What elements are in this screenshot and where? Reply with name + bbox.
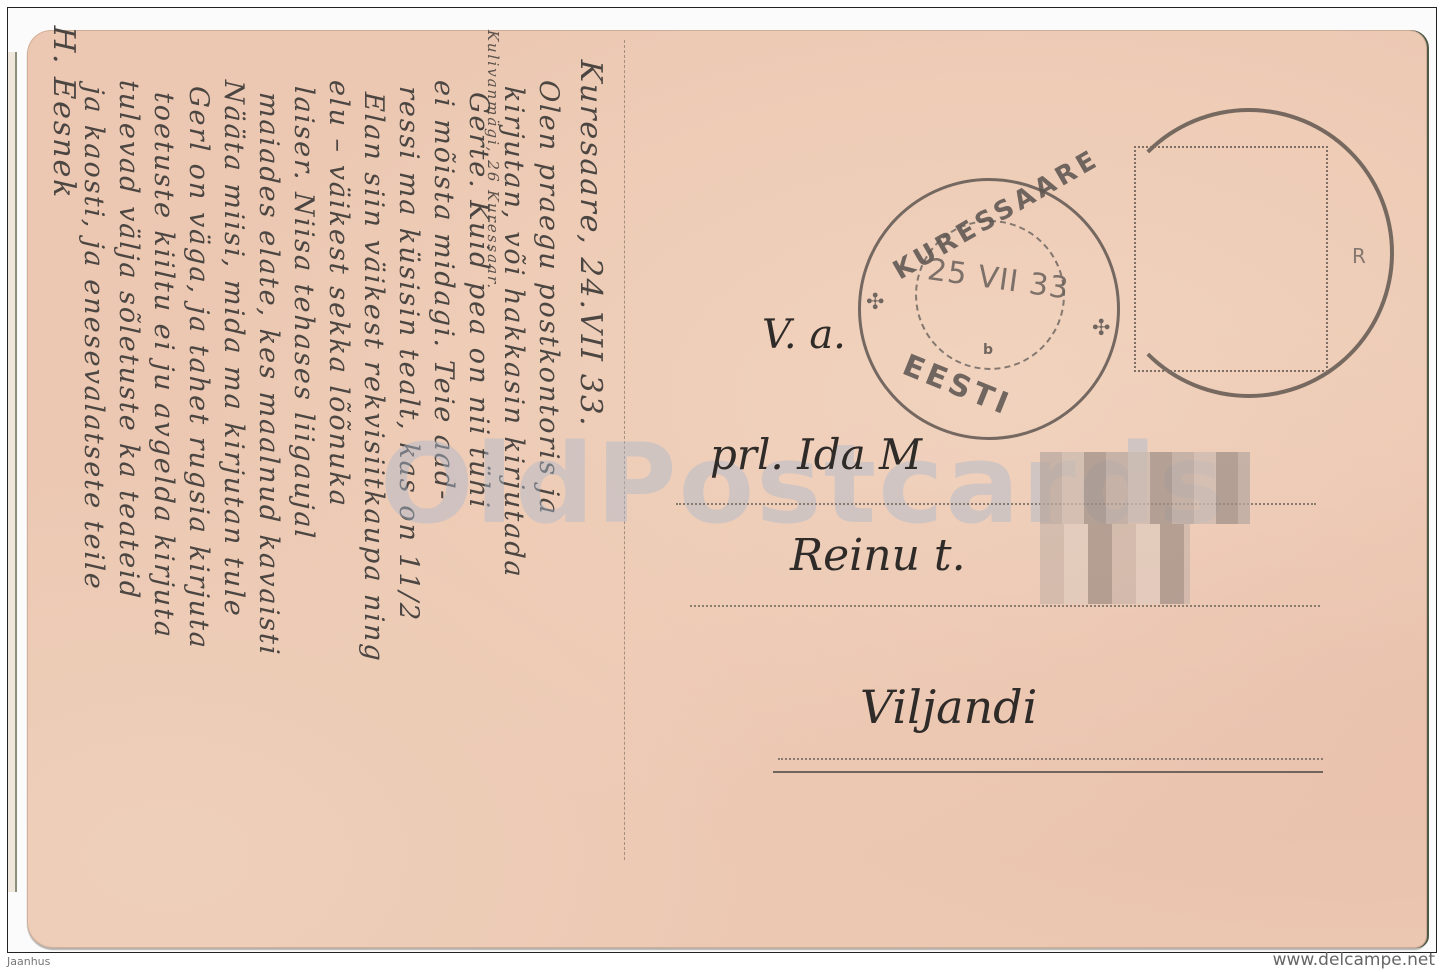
postmark-star-right: ✣ [1092, 316, 1114, 341]
message-line: toetuste kiiltu ei ju avgelda kirjuta [150, 92, 177, 640]
message-line: Nääta miisi, mida ma kirjutan tule [220, 80, 247, 619]
message-line: ja kaosti, ja enesevalatsete teile [80, 86, 107, 592]
address-line-1: V. a. [762, 312, 846, 358]
message-line: Gerl on väga, ja tahet rugsia kirjuta [185, 86, 212, 651]
address-dotline-3 [778, 758, 1323, 760]
site-url[interactable]: www.delcampe.net [1273, 950, 1435, 970]
signature: H. Eesnek [48, 25, 78, 200]
second-card-edge [8, 52, 17, 892]
redacted-street-number [1040, 524, 1190, 604]
message-line: elu – väikest sekka lõõnuka [325, 80, 352, 509]
redacted-name [1040, 452, 1250, 524]
address-line-2: prl. Ida M [710, 430, 922, 479]
seller-name: Jaanhus [7, 955, 50, 968]
postmark-star-left: ✣ [866, 290, 888, 315]
stamp-area [1134, 146, 1328, 372]
address-line-3: Reinu t. [790, 530, 966, 581]
place-date: Kuresaare, 24.VII 33. [575, 59, 605, 428]
message-line: maiades elate, kes maalnud kavaisti [255, 92, 282, 657]
address-dotline-2 [690, 605, 1320, 607]
address-underline [773, 771, 1323, 773]
message-line: laiser. Niisa tehases liigaujal [290, 86, 317, 541]
postmark-sub: b [983, 342, 993, 358]
address-line-4: Viljandi [860, 680, 1037, 734]
message-line: tulevad välja sõletuste ka teateid [115, 80, 142, 601]
message-line: Elan siin väikest rekvisiitkaupa ning [360, 92, 387, 664]
postmark-secondary-letter: R [1352, 244, 1366, 268]
